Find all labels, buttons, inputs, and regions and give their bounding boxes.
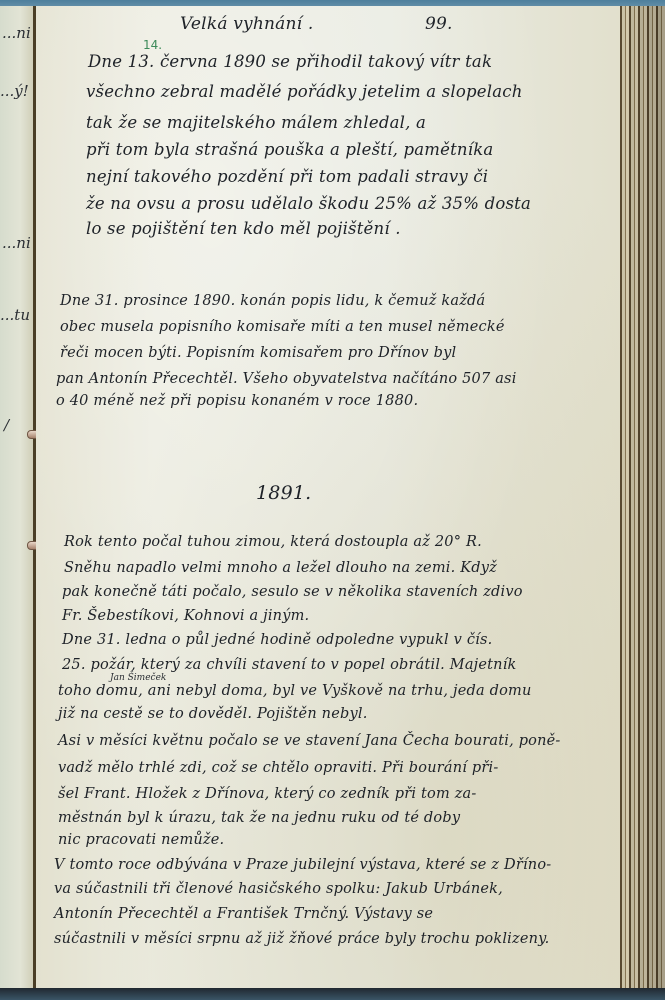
entry-line: Antonín Přecechtěl a František Trnčný. V… <box>54 906 433 922</box>
entry-line: šel Frant. Hložek z Dřínova, který co ze… <box>58 786 477 802</box>
entry-line: vadž mělo trhlé zdi, což se chtělo oprav… <box>58 760 498 776</box>
entry-line: Fr. Šebestíkovi, Kohnovi a jiným. <box>62 608 309 624</box>
entry-line: řeči mocen býti. Popisním komisařem pro … <box>60 345 456 361</box>
entry-line: Sněhu napadlo velmi mnoho a ležel dlouho… <box>64 560 497 576</box>
entry-line: Dne 31. prosince 1890. konán popis lidu,… <box>60 293 485 309</box>
entry-line: městnán byl k úrazu, tak že na jednu ruk… <box>58 810 460 826</box>
left-page-fragment: ...ni <box>2 24 31 42</box>
entry-line: súčastnili v měsíci srpnu až již žňové p… <box>54 931 549 947</box>
entry-line: při tom byla strašná pouška a pleští, pa… <box>86 140 493 159</box>
entry-line: Asi v měsíci květnu počalo se ve stavení… <box>58 733 561 749</box>
entry-line: toho domu, ani nebyl doma, byl ve Vyškov… <box>58 683 532 699</box>
page-stack-edges <box>620 6 665 988</box>
interlinear-insert: Jan Šimeček <box>110 673 166 683</box>
entry-line: 25. požár, který za chvíli stavení to v … <box>62 657 517 673</box>
entry-line: tak že se majitelského málem zhledal, a <box>86 113 426 132</box>
left-page-fragment: ...tu <box>0 306 30 324</box>
entry-line: obec musela popisního komisaře míti a te… <box>60 319 505 335</box>
entry-line: nic pracovati nemůže. <box>58 832 224 848</box>
entry-line: pak konečně táti počalo, sesulo se v něk… <box>62 584 523 600</box>
page-header-title: Velká vyhnání . <box>180 14 314 34</box>
entry-line: va súčastnili tři členové hasičského spo… <box>54 881 503 897</box>
year-heading: 1891. <box>256 482 311 504</box>
page-number: 99. <box>425 14 453 34</box>
entry-line: Dne 31. ledna o půl jedné hodině odpoled… <box>62 632 492 648</box>
background-bottom-strip <box>0 988 665 1000</box>
entry-line: o 40 méně než při popisu konaném v roce … <box>56 393 418 409</box>
entry-line: že na ovsu a prosu udělalo škodu 25% až … <box>86 194 531 213</box>
entry-line: pan Antonín Přecechtěl. Všeho obyvatelst… <box>56 371 517 387</box>
entry-line: nejní takového pozdění při tom padali st… <box>86 167 488 186</box>
left-page-fragment: ...ý! <box>0 82 29 100</box>
entry-line: Rok tento počal tuhou zimou, která dosto… <box>64 534 482 550</box>
entry-line: lo se pojištění ten kdo měl pojištění . <box>86 219 401 238</box>
left-page-edge: ...ni ...ý! ...ni ...tu / <box>0 6 34 990</box>
left-page-fragment: / <box>4 416 9 434</box>
entry-line: všechno zebral madělé pořádky jetelim a … <box>86 82 523 101</box>
entry-line: V tomto roce odbývána v Praze jubilejní … <box>54 857 551 873</box>
left-page-fragment: ...ni <box>2 234 31 252</box>
margin-note-number: 14. <box>143 38 162 52</box>
entry-line: Dne 13. června 1890 se přihodil takový v… <box>88 52 492 71</box>
entry-line: již na cestě se to dověděl. Pojištěn neb… <box>58 706 368 722</box>
